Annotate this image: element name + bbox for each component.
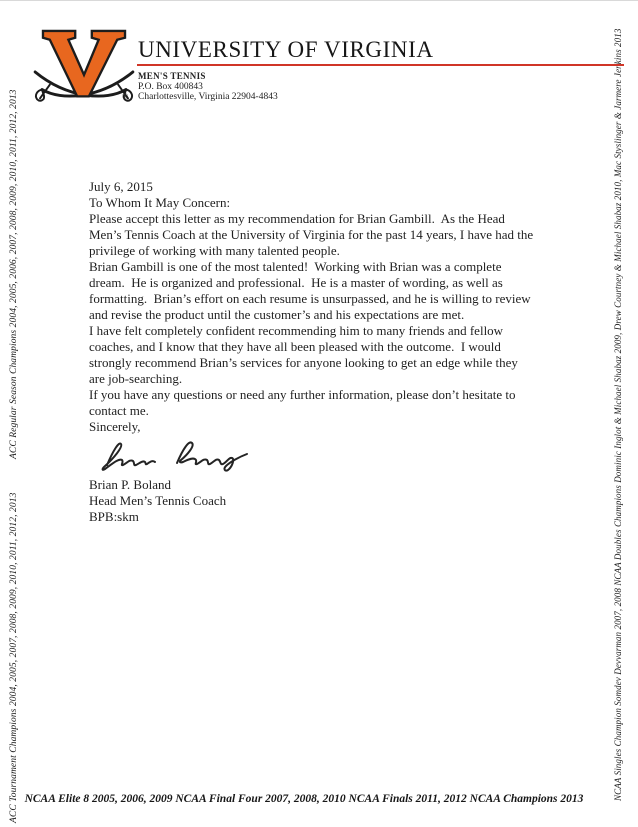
address-city: Charlottesville, Virginia 22904-4843 xyxy=(138,92,278,102)
bottom-margin-ncaa-results: NCAA Elite 8 2005, 2006, 2009 NCAA Final… xyxy=(0,793,608,805)
paragraph-4: If you have any questions or need any fu… xyxy=(89,387,559,419)
paragraph-2: Brian Gambill is one of the most talente… xyxy=(89,259,559,323)
salutation: To Whom It May Concern: xyxy=(89,195,559,211)
left-margin-tournament-champions: ACC Tournament Champions 2004, 2005, 200… xyxy=(9,493,19,823)
signer-block: Brian P. Boland Head Men’s Tennis Coach xyxy=(89,477,559,509)
header-rule xyxy=(137,64,624,66)
letter-page: ACC Regular Season Champions 2004, 2005,… xyxy=(0,0,638,827)
registered-trademark-icon: ® xyxy=(122,92,128,101)
right-margin-ncaa-champions: NCAA Singles Champion Somdev Devvarman 2… xyxy=(613,29,623,801)
signer-name: Brian P. Boland xyxy=(89,477,559,493)
closing: Sincerely, xyxy=(89,419,559,435)
letter-date: July 6, 2015 xyxy=(89,179,559,195)
address-po-box: P.O. Box 400843 xyxy=(138,82,203,92)
program-name: MEN'S TENNIS xyxy=(138,71,206,81)
left-margin-regular-season-champions: ACC Regular Season Champions 2004, 2005,… xyxy=(9,89,19,459)
reference-initials: BPB:skm xyxy=(89,509,559,525)
paragraph-1: Please accept this letter as my recommen… xyxy=(89,211,559,259)
signer-title: Head Men’s Tennis Coach xyxy=(89,493,559,509)
university-name: UNIVERSITY OF VIRGINIA xyxy=(138,37,434,63)
letter-body: July 6, 2015 To Whom It May Concern: Ple… xyxy=(89,179,559,525)
handwritten-signature xyxy=(93,435,253,473)
paragraph-3: I have felt completely confident recomme… xyxy=(89,323,559,387)
